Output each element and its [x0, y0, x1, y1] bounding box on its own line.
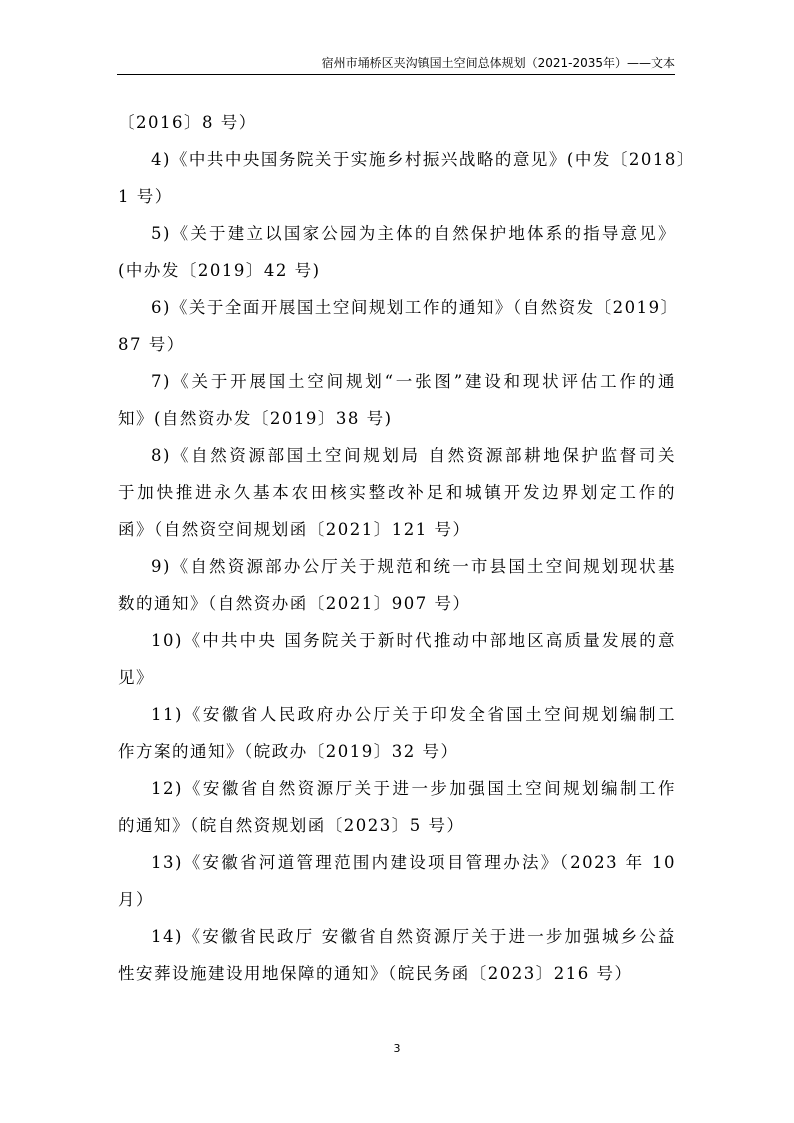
text-line: 函》（自然资空间规划函〔2021〕121 号）: [118, 511, 676, 548]
text-line: 4)《中共中央国务院关于实施乡村振兴战略的意见》(中发〔2018〕: [118, 141, 676, 178]
text-line: 性安葬设施建设用地保障的通知》（皖民务函〔2023〕216 号）: [118, 955, 676, 992]
text-line: 于加快推进永久基本农田核实整改补足和城镇开发边界划定工作的: [118, 474, 676, 511]
text-line: 知》(自然资办发〔2019〕38 号): [118, 400, 676, 437]
page-number: 3: [0, 1042, 794, 1055]
text-line: 月）: [118, 881, 676, 918]
text-line: 1 号）: [118, 178, 676, 215]
text-line: 〔2016〕8 号）: [118, 104, 676, 141]
document-body: 〔2016〕8 号） 4)《中共中央国务院关于实施乡村振兴战略的意见》(中发〔2…: [118, 104, 676, 992]
text-line: 87 号）: [118, 326, 676, 363]
text-line: 作方案的通知》（皖政办〔2019〕32 号）: [118, 733, 676, 770]
text-line: 12)《安徽省自然资源厅关于进一步加强国土空间规划编制工作: [118, 770, 676, 807]
running-header: 宿州市埇桥区夹沟镇国土空间总体规划（2021-2035年）——文本: [117, 54, 675, 75]
text-line: 见》: [118, 659, 676, 696]
text-line: 数的通知》（自然资办函〔2021〕907 号）: [118, 585, 676, 622]
text-line: 13)《安徽省河道管理范围内建设项目管理办法》（2023 年 10: [118, 844, 676, 881]
text-line: 10)《中共中央 国务院关于新时代推动中部地区高质量发展的意: [118, 622, 676, 659]
text-line: 6)《关于全面开展国土空间规划工作的通知》（自然资发〔2019〕: [118, 289, 676, 326]
text-line: 14)《安徽省民政厅 安徽省自然资源厅关于进一步加强城乡公益: [118, 918, 676, 955]
text-line: 11)《安徽省人民政府办公厅关于印发全省国土空间规划编制工: [118, 696, 676, 733]
text-line: (中办发〔2019〕42 号): [118, 252, 676, 289]
text-line: 8)《自然资源部国土空间规划局 自然资源部耕地保护监督司关: [118, 437, 676, 474]
text-line: 5)《关于建立以国家公园为主体的自然保护地体系的指导意见》: [118, 215, 676, 252]
text-line: 9)《自然资源部办公厅关于规范和统一市县国土空间规划现状基: [118, 548, 676, 585]
text-line: 的通知》（皖自然资规划函〔2023〕5 号）: [118, 807, 676, 844]
header-title: 宿州市埇桥区夹沟镇国土空间总体规划（2021-2035年）——文本: [322, 56, 675, 70]
text-line: 7)《关于开展国土空间规划“一张图”建设和现状评估工作的通: [118, 363, 676, 400]
